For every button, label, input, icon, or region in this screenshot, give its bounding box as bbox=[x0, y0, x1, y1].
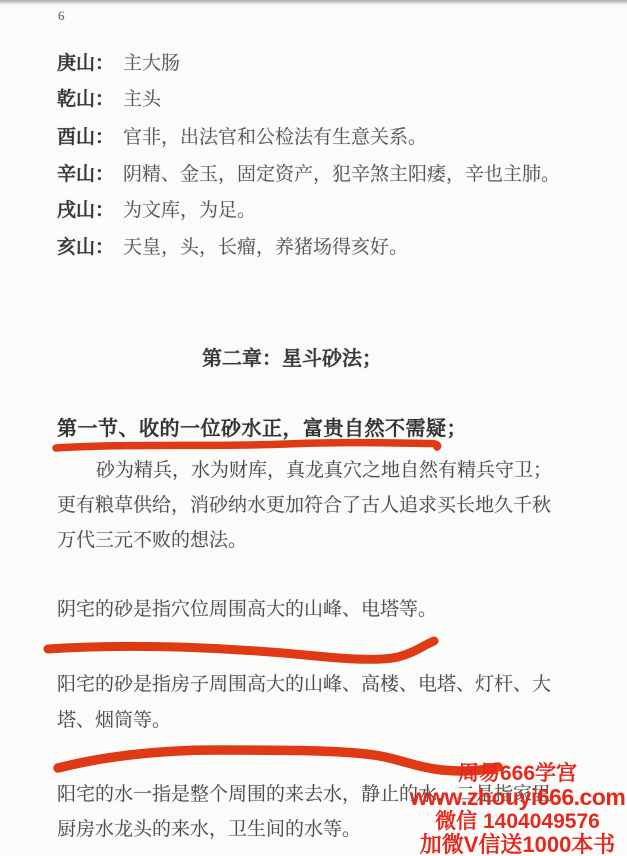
mountain-row-xin: 辛山：阴精、金玉，固定资产，犯辛煞主阳痿，辛也主肺。 bbox=[57, 163, 577, 187]
mountain-row-hai: 亥山：天皇，头，长瘤，养猪场得亥好。 bbox=[57, 236, 577, 260]
mountain-label: 亥山： bbox=[57, 237, 114, 258]
mountain-label: 辛山： bbox=[57, 164, 114, 185]
chapter-heading: 第二章：星斗砂法； bbox=[0, 342, 584, 371]
paragraph-line: 砂为精兵，水为财库，真龙真穴之地自然有精兵守卫； bbox=[57, 453, 573, 488]
mountain-row-you: 酉山：官非，出法官和公检法有生意关系。 bbox=[57, 126, 577, 150]
mountain-label: 酉山： bbox=[57, 127, 114, 148]
mountain-label: 戌山： bbox=[57, 200, 114, 221]
paragraph-sand-soldiers: 砂为精兵，水为财库，真龙真穴之地自然有精兵守卫； 更有粮草供给，消砂纳水更加符合… bbox=[57, 453, 573, 558]
paragraph-line: 阴宅的砂是指穴位周围高大的山峰、电塔等。 bbox=[57, 592, 573, 627]
mountain-row-qian: 乾山：主头 bbox=[57, 88, 577, 112]
paragraph-line: 万代三元不败的想法。 bbox=[57, 523, 573, 558]
mountain-row-xu: 戌山：为文库，为足。 bbox=[57, 199, 577, 223]
mountain-text: 为文库，为足。 bbox=[123, 200, 256, 221]
watermark-promo-text: 加微V信送1000本书 bbox=[408, 834, 627, 856]
paragraph-line: 阳宅的砂是指房子周围高大的山峰、高楼、电塔、灯杆、大 bbox=[57, 667, 573, 703]
mountain-label: 庚山： bbox=[57, 53, 114, 74]
watermark: 周易666学宫 www.zhouyi666.com 微信 1404049576 … bbox=[408, 763, 627, 856]
scan-edge-artifact bbox=[0, 0, 627, 5]
mountain-text: 官非，出法官和公检法有生意关系。 bbox=[123, 127, 427, 148]
paragraph-line: 更有粮草供给，消砂纳水更加符合了古人追求买长地久千秋 bbox=[57, 488, 573, 523]
watermark-wechat-id: 微信 1404049576 bbox=[408, 811, 627, 832]
mountain-text: 阴精、金玉，固定资产，犯辛煞主阳痿，辛也主肺。 bbox=[123, 164, 560, 185]
mountain-label: 乾山： bbox=[57, 89, 114, 110]
mountain-text: 天皇，头，长瘤，养猪场得亥好。 bbox=[123, 237, 408, 258]
section-heading: 第一节、收的一位砂水正，富贵自然不需疑； bbox=[57, 412, 597, 441]
watermark-url: www.zhouyi666.com bbox=[408, 786, 627, 809]
page-number: 6 bbox=[58, 8, 65, 24]
mountain-text: 主大肠 bbox=[123, 53, 180, 74]
mountain-text: 主头 bbox=[123, 89, 161, 110]
paragraph-yang-dwelling-sand: 阳宅的砂是指房子周围高大的山峰、高楼、电塔、灯杆、大 塔、烟筒等。 bbox=[57, 667, 573, 739]
paragraph-line: 塔、烟筒等。 bbox=[57, 703, 573, 739]
watermark-site-name: 周易666学宫 bbox=[408, 763, 627, 784]
red-pen-stroke-1 bbox=[36, 632, 446, 672]
scanned-document-page: { "page": { "number": "6", "background_c… bbox=[0, 0, 627, 856]
mountain-row-geng: 庚山：主大肠 bbox=[57, 52, 577, 76]
paragraph-yin-dwelling-sand: 阴宅的砂是指穴位周围高大的山峰、电塔等。 bbox=[57, 592, 573, 627]
